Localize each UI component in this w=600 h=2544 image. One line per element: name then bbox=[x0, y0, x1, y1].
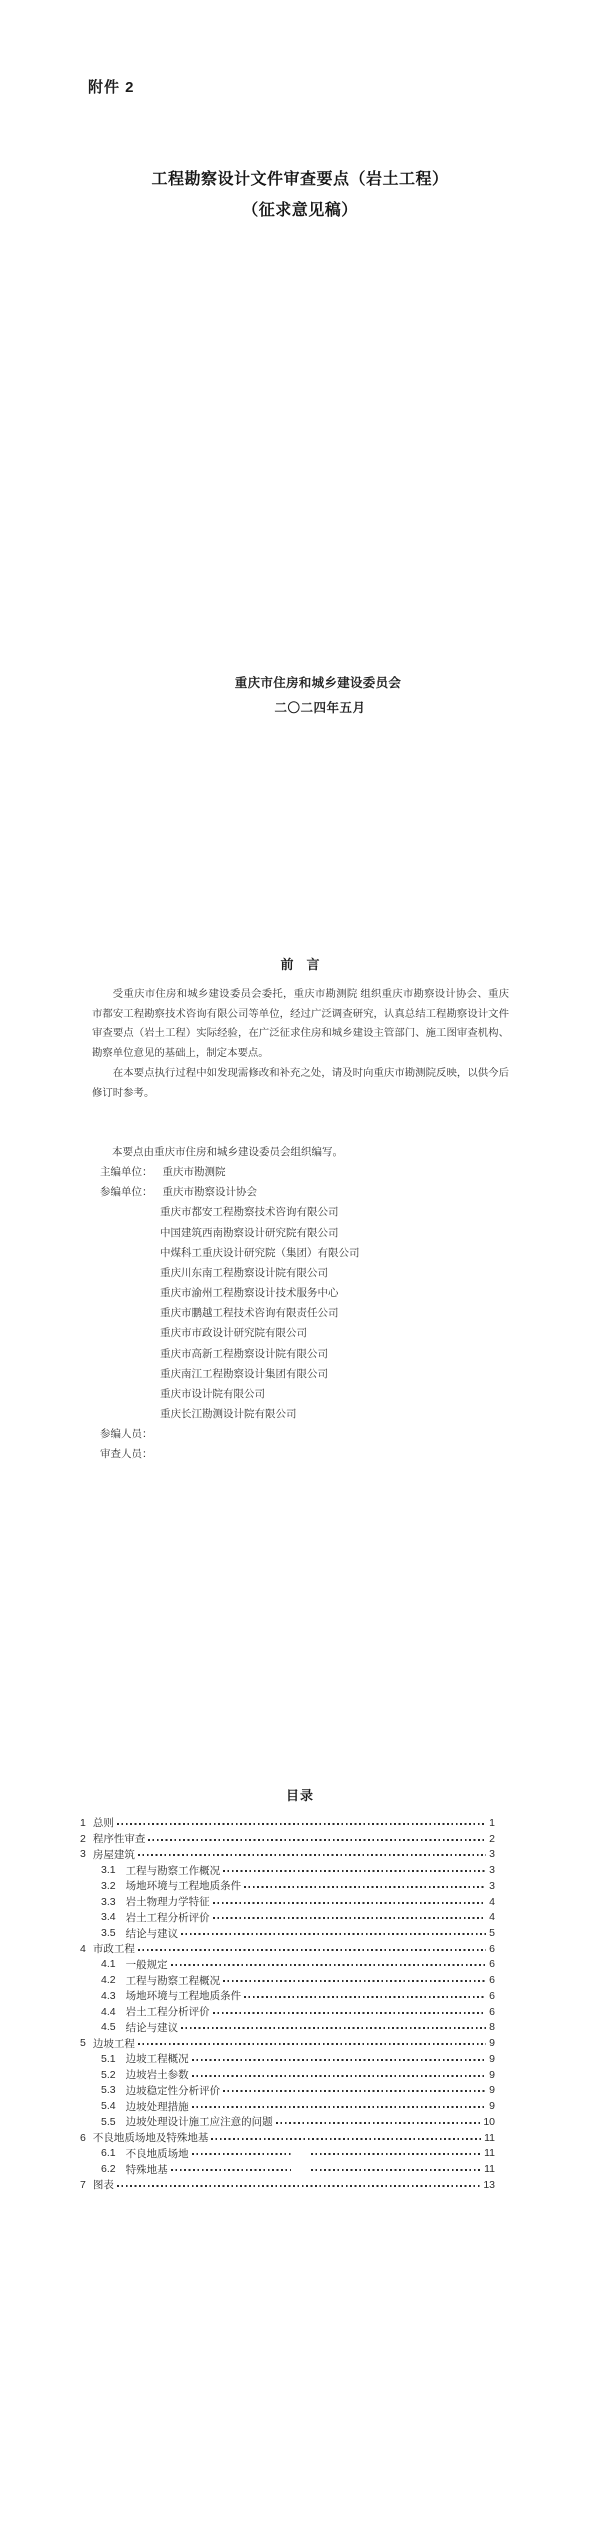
toc-entry: 4 市政工程 6 bbox=[80, 1941, 495, 1957]
co-editor-company-name: 重庆长江勘测设计院有限公司 bbox=[160, 1409, 297, 1420]
toc-entry: 3 房屋建筑 3 bbox=[80, 1846, 495, 1862]
toc-entry-number: 3.5 bbox=[101, 1927, 116, 1939]
toc-dot-leader bbox=[171, 2169, 291, 2171]
co-editor-company-name: 重庆市市政设计研究院有限公司 bbox=[160, 1328, 307, 1339]
toc-entry: 4.2 工程与勘察工程概况 6 bbox=[80, 1972, 495, 1988]
co-editor-first-value: 重庆市勘察设计协会 bbox=[163, 1187, 258, 1198]
toc-entry-title: 房屋建筑 bbox=[93, 1847, 135, 1862]
toc-entry-page: 11 bbox=[484, 2132, 495, 2144]
toc-entry: 3.1 工程与勘察工作概况 3 bbox=[80, 1862, 495, 1878]
toc-entry-title: 一般规定 bbox=[126, 1957, 168, 1972]
toc-dot-leader bbox=[223, 1870, 486, 1872]
toc-entry-title: 市政工程 bbox=[93, 1941, 135, 1956]
toc-entry-number: 5.3 bbox=[101, 2084, 116, 2096]
toc-entry-page: 11 bbox=[484, 2147, 495, 2159]
toc-entry-number: 3.1 bbox=[101, 1864, 116, 1876]
preface-paragraph: 在本要点执行过程中如发现需修改和补充之处，请及时向重庆市勘测院反映，以供今后修订… bbox=[92, 1064, 509, 1103]
toc-entry: 7 图表 13 bbox=[80, 2177, 495, 2193]
toc-entry: 6 不良地质场地及特殊地基 11 bbox=[80, 2130, 495, 2146]
toc-dot-leader bbox=[311, 2169, 481, 2171]
toc-entry-number: 5 bbox=[80, 2037, 86, 2049]
toc-dot-leader bbox=[171, 1964, 487, 1966]
toc-entry-title: 边坡岩土参数 bbox=[126, 2067, 189, 2082]
toc-entry-title: 特殊地基 bbox=[126, 2162, 168, 2177]
toc-entry-page: 11 bbox=[484, 2163, 495, 2175]
toc-entry-page: 8 bbox=[489, 2021, 495, 2033]
toc-dot-leader bbox=[192, 2106, 487, 2108]
toc-entry-title: 总则 bbox=[93, 1815, 114, 1830]
toc-entry-title: 图表 bbox=[93, 2177, 114, 2192]
toc-entry-page: 9 bbox=[489, 2084, 495, 2096]
issuer-name: 重庆市住房和城乡建设委员会 bbox=[18, 673, 600, 691]
toc-list: 1 总则 1 2 程序性审查 2 3 房屋建筑 bbox=[80, 1815, 495, 2193]
toc-dot-leader bbox=[192, 2075, 487, 2077]
co-editor-label: 参编单位： bbox=[100, 1187, 153, 1198]
toc-entry: 3.2 场地环境与工程地质条件 3 bbox=[80, 1878, 495, 1894]
toc-entry-number: 6.1 bbox=[101, 2147, 116, 2159]
toc-entry-page: 3 bbox=[489, 1880, 495, 1892]
co-editor-company: 重庆南江工程勘察设计集团有限公司 bbox=[92, 1365, 512, 1385]
toc-dot-leader bbox=[117, 1823, 486, 1825]
editors-line: 参编人员： bbox=[92, 1425, 512, 1445]
toc-entry-number: 1 bbox=[80, 1817, 86, 1829]
toc-entry: 5.3 边坡稳定性分析评价 9 bbox=[80, 2082, 495, 2098]
toc-entry: 4.1 一般规定 6 bbox=[80, 1957, 495, 1973]
document-title: 工程勘察设计文件审查要点（岩土工程） bbox=[0, 166, 600, 189]
chief-editor-value: 重庆市勘测院 bbox=[163, 1167, 226, 1178]
co-editor-company: 重庆市渝州工程勘察设计技术服务中心 bbox=[92, 1284, 512, 1304]
co-editor-company: 重庆市高新工程勘察设计院有限公司 bbox=[92, 1345, 512, 1365]
toc-entry: 6.2 特殊地基 11 bbox=[80, 2161, 495, 2177]
toc-heading: 目录 bbox=[0, 1785, 600, 1804]
co-editor-company: 重庆市市政设计研究院有限公司 bbox=[92, 1324, 512, 1344]
toc-entry-number: 4.4 bbox=[101, 2006, 116, 2018]
toc-entry-number: 5.2 bbox=[101, 2069, 116, 2081]
toc-entry-page: 3 bbox=[489, 1848, 495, 1860]
toc-entry-page: 13 bbox=[483, 2179, 495, 2191]
chief-editor-label: 主编单位： bbox=[100, 1167, 153, 1178]
toc-dot-leader bbox=[192, 2059, 487, 2061]
toc-entry-title: 程序性审查 bbox=[93, 1831, 146, 1846]
toc-entry-title: 边坡稳定性分析评价 bbox=[126, 2083, 221, 2098]
toc-dot-leader bbox=[181, 1933, 486, 1935]
toc-dot-leader bbox=[211, 2138, 481, 2140]
document-page: 附件 2 工程勘察设计文件审查要点（岩土工程） （征求意见稿） 重庆市住房和城乡… bbox=[0, 0, 600, 2544]
toc-entry-title: 岩土工程分析评价 bbox=[126, 2004, 210, 2019]
toc-entry: 2 程序性审查 2 bbox=[80, 1831, 495, 1847]
toc-dot-leader bbox=[223, 2090, 486, 2092]
toc-entry-page: 4 bbox=[489, 1911, 495, 1923]
toc-dot-leader bbox=[213, 2012, 487, 2014]
toc-dot-leader bbox=[223, 1980, 486, 1982]
co-editor-company-name: 重庆市都安工程勘察技术咨询有限公司 bbox=[160, 1207, 339, 1218]
toc-entry-number: 4.3 bbox=[101, 1990, 116, 2002]
co-editor-company: 中国建筑西南勘察设计研究院有限公司 bbox=[92, 1224, 512, 1244]
toc-entry-number: 5.1 bbox=[101, 2053, 116, 2065]
toc-entry-page: 6 bbox=[489, 1958, 495, 1970]
toc-dot-leader bbox=[148, 1839, 486, 1841]
toc-entry-number: 4 bbox=[80, 1943, 86, 1955]
toc-dot-leader bbox=[138, 1949, 486, 1951]
toc-entry-title: 不良地质场地及特殊地基 bbox=[93, 2130, 209, 2145]
toc-entry-title: 边坡处理措施 bbox=[126, 2099, 189, 2114]
toc-entry-page: 9 bbox=[489, 2100, 495, 2112]
toc-entry-title: 边坡工程概况 bbox=[126, 2051, 189, 2066]
toc-entry-page: 9 bbox=[489, 2037, 495, 2049]
toc-entry: 5.5 边坡处理设计施工应注意的问题 10 bbox=[80, 2114, 495, 2130]
toc-dot-leader bbox=[213, 1902, 487, 1904]
toc-entry: 5.4 边坡处理措施 9 bbox=[80, 2098, 495, 2114]
toc-entry-title: 岩土物理力学特征 bbox=[126, 1894, 210, 1909]
toc-dot-leader bbox=[311, 2153, 481, 2155]
toc-entry-page: 6 bbox=[489, 1990, 495, 2002]
toc-entry-number: 4.1 bbox=[101, 1958, 116, 1970]
toc-entry: 4.4 岩土工程分析评价 6 bbox=[80, 2004, 495, 2020]
toc-entry-number: 7 bbox=[80, 2179, 86, 2191]
toc-entry-number: 4.5 bbox=[101, 2021, 116, 2033]
toc-entry-title: 岩土工程分析评价 bbox=[126, 1910, 210, 1925]
toc-dot-leader bbox=[192, 2153, 291, 2155]
co-editor-company: 重庆市都安工程勘察技术咨询有限公司 bbox=[92, 1203, 512, 1223]
toc-entry-number: 5.4 bbox=[101, 2100, 116, 2112]
toc-dot-leader bbox=[213, 1917, 487, 1919]
toc-entry-number: 3.2 bbox=[101, 1880, 116, 1892]
reviewers-line: 审查人员： bbox=[92, 1445, 512, 1465]
preface-body: 受重庆市住房和城乡建设委员会委托，重庆市勘测院 组织重庆市勘察设计协会、重庆市都… bbox=[92, 985, 509, 1103]
toc-dot-leader bbox=[244, 1886, 486, 1888]
toc-entry: 3.3 岩土物理力学特征 4 bbox=[80, 1894, 495, 1910]
toc-dot-leader bbox=[138, 1854, 486, 1856]
toc-entry-title: 场地环境与工程地质条件 bbox=[126, 1878, 242, 1893]
toc-entry: 3.4 岩土工程分析评价 4 bbox=[80, 1909, 495, 1925]
toc-entry: 3.5 结论与建议 5 bbox=[80, 1925, 495, 1941]
co-editor-company-name: 重庆市鹏越工程技术咨询有限责任公司 bbox=[160, 1308, 339, 1319]
co-editor-company: 中煤科工重庆设计研究院（集团）有限公司 bbox=[92, 1244, 512, 1264]
attachment-label: 附件 2 bbox=[88, 76, 135, 97]
toc-dot-leader bbox=[244, 1996, 486, 1998]
toc-entry-page: 9 bbox=[489, 2053, 495, 2065]
co-editor-company-name: 重庆市设计院有限公司 bbox=[160, 1389, 265, 1400]
toc-entry-number: 6.2 bbox=[101, 2163, 116, 2175]
toc-entry-title: 工程与勘察工作概况 bbox=[126, 1863, 221, 1878]
toc-entry-page: 4 bbox=[489, 1896, 495, 1908]
toc-entry-page: 6 bbox=[489, 1943, 495, 1955]
co-editor-company-name: 重庆市渝州工程勘察设计技术服务中心 bbox=[160, 1288, 339, 1299]
toc-entry-page: 5 bbox=[489, 1927, 495, 1939]
co-editor-line: 参编单位：重庆市勘察设计协会 bbox=[92, 1183, 512, 1203]
toc-entry: 4.5 结论与建议 8 bbox=[80, 2020, 495, 2036]
toc-dot-leader bbox=[181, 2027, 486, 2029]
toc-entry-title: 场地环境与工程地质条件 bbox=[126, 1988, 242, 2003]
toc-entry-title: 结论与建议 bbox=[126, 1926, 179, 1941]
toc-entry-page: 3 bbox=[489, 1864, 495, 1876]
toc-entry: 5.1 边坡工程概况 9 bbox=[80, 2051, 495, 2067]
toc-entry-title: 边坡处理设计施工应注意的问题 bbox=[126, 2114, 273, 2129]
co-editor-company: 重庆川东南工程勘察设计院有限公司 bbox=[92, 1264, 512, 1284]
toc-entry-number: 6 bbox=[80, 2132, 86, 2144]
toc-entry-page: 6 bbox=[489, 2006, 495, 2018]
co-editor-company-name: 中国建筑西南勘察设计研究院有限公司 bbox=[160, 1228, 339, 1239]
toc-entry-page: 1 bbox=[489, 1817, 495, 1829]
toc-entry-number: 3 bbox=[80, 1848, 86, 1860]
toc-entry-page: 10 bbox=[483, 2116, 495, 2128]
toc-entry: 6.1 不良地质场地 11 bbox=[80, 2145, 495, 2161]
issue-date: 二〇二四年五月 bbox=[20, 698, 600, 716]
toc-dot-leader bbox=[117, 2185, 480, 2187]
toc-entry-page: 6 bbox=[489, 1974, 495, 1986]
document-subtitle: （征求意见稿） bbox=[0, 197, 600, 220]
toc-entry-number: 3.4 bbox=[101, 1911, 116, 1923]
co-editor-company: 重庆市鹏越工程技术咨询有限责任公司 bbox=[92, 1304, 512, 1324]
preface-heading: 前 言 bbox=[0, 954, 600, 973]
toc-entry-number: 5.5 bbox=[101, 2116, 116, 2128]
credits-block: 本要点由重庆市住房和城乡建设委员会组织编写。 主编单位：重庆市勘测院 参编单位：… bbox=[92, 1143, 512, 1466]
co-editor-company-name: 重庆南江工程勘察设计集团有限公司 bbox=[160, 1369, 328, 1380]
toc-dot-leader bbox=[276, 2122, 481, 2124]
toc-entry-number: 2 bbox=[80, 1833, 86, 1845]
toc-entry: 1 总则 1 bbox=[80, 1815, 495, 1831]
toc-entry-number: 3.3 bbox=[101, 1896, 116, 1908]
co-editor-company: 重庆市设计院有限公司 bbox=[92, 1385, 512, 1405]
toc-entry-page: 2 bbox=[489, 1833, 495, 1845]
co-editor-company-name: 重庆市高新工程勘察设计院有限公司 bbox=[160, 1349, 328, 1360]
co-editor-company-name: 重庆川东南工程勘察设计院有限公司 bbox=[160, 1268, 328, 1279]
toc-entry-title: 不良地质场地 bbox=[126, 2146, 189, 2161]
chief-editor-line: 主编单位：重庆市勘测院 bbox=[92, 1163, 512, 1183]
toc-entry-title: 工程与勘察工程概况 bbox=[126, 1973, 221, 1988]
co-editor-company-name: 中煤科工重庆设计研究院（集团）有限公司 bbox=[160, 1248, 360, 1259]
toc-entry-title: 边坡工程 bbox=[93, 2036, 135, 2051]
toc-entry-number: 4.2 bbox=[101, 1974, 116, 1986]
toc-entry-title: 结论与建议 bbox=[126, 2020, 179, 2035]
toc-entry: 5 边坡工程 9 bbox=[80, 2035, 495, 2051]
preface-paragraph: 受重庆市住房和城乡建设委员会委托，重庆市勘测院 组织重庆市勘察设计协会、重庆市都… bbox=[92, 985, 509, 1064]
co-editor-list: 重庆市都安工程勘察技术咨询有限公司 中国建筑西南勘察设计研究院有限公司 中煤科工… bbox=[92, 1203, 512, 1425]
toc-entry: 5.2 边坡岩土参数 9 bbox=[80, 2067, 495, 2083]
toc-entry-page: 9 bbox=[489, 2069, 495, 2081]
co-editor-company: 重庆长江勘测设计院有限公司 bbox=[92, 1405, 512, 1425]
toc-dot-leader bbox=[138, 2043, 486, 2045]
toc-entry: 4.3 场地环境与工程地质条件 6 bbox=[80, 1988, 495, 2004]
compiled-note: 本要点由重庆市住房和城乡建设委员会组织编写。 bbox=[92, 1143, 512, 1163]
